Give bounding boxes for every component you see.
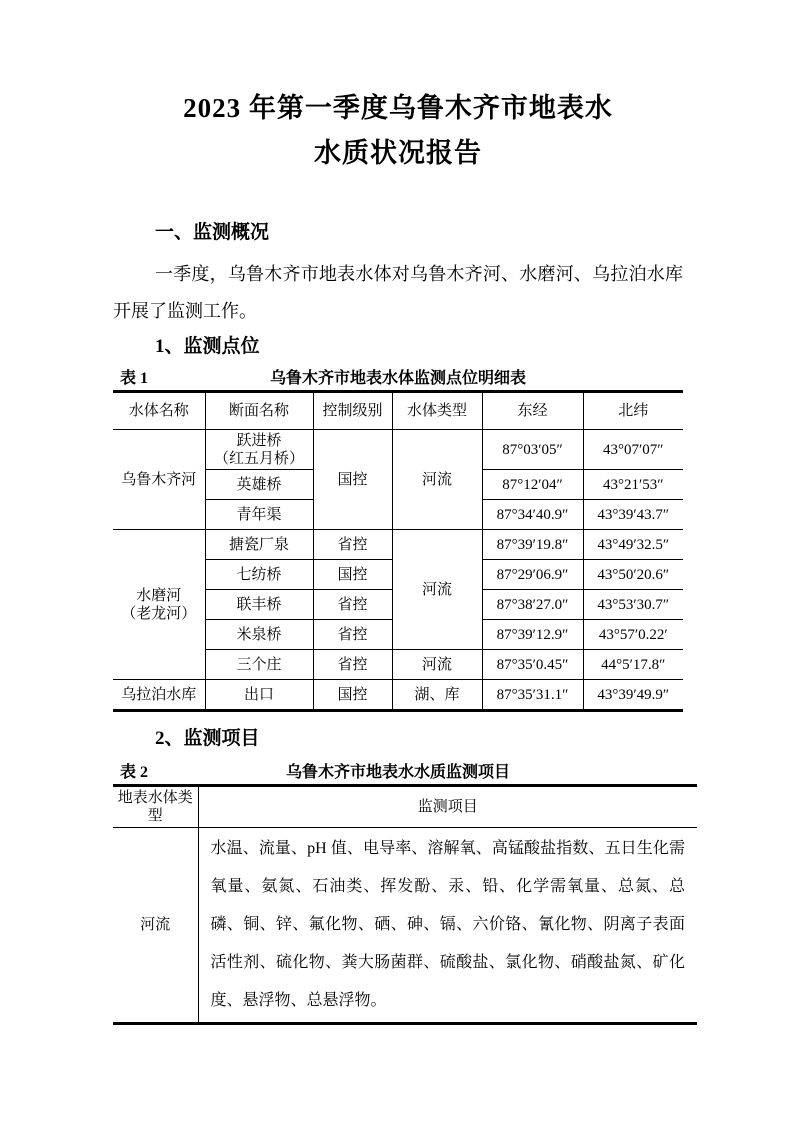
table2-caption-row: 表 2 乌鲁木齐市地表水水质监测项目 [113, 762, 683, 784]
cell-latitude: 43°50′20.6″ [583, 560, 683, 590]
cell-longitude: 87°03′05″ [482, 430, 583, 470]
table-header-row: 地表水体类型 监测项目 [113, 786, 697, 828]
cell-section-name: 跃进桥 （红五月桥） [205, 430, 313, 470]
cell-longitude: 87°35′0.45″ [482, 650, 583, 680]
column-header-surface-water-type: 地表水体类型 [113, 786, 198, 828]
cell-latitude: 43°07′07″ [583, 430, 683, 470]
cell-latitude: 43°53′30.7″ [583, 590, 683, 620]
table-row: 乌鲁木齐河 跃进桥 （红五月桥） 国控 河流 87°03′05″ 43°07′0… [113, 430, 683, 470]
table1-caption: 乌鲁木齐市地表水体监测点位明细表 [270, 370, 526, 387]
cell-control-level: 国控 [313, 680, 392, 711]
table-row: 河流 水温、流量、pH 值、电导率、溶解氧、高锰酸盐指数、五日生化需氧量、氨氮、… [113, 828, 697, 1024]
cell-section-name: 三个庄 [205, 650, 313, 680]
cell-water-type: 河流 [113, 828, 198, 1024]
cell-section-name: 搪瓷厂泉 [205, 530, 313, 560]
cell-monitoring-items: 水温、流量、pH 值、电导率、溶解氧、高锰酸盐指数、五日生化需氧量、氨氮、石油类… [198, 828, 697, 1024]
cell-longitude: 87°38′27.0″ [482, 590, 583, 620]
subsection-heading-points: 1、监测点位 [155, 334, 683, 360]
table2-caption: 乌鲁木齐市地表水水质监测项目 [286, 764, 510, 781]
cell-control-level: 国控 [313, 560, 392, 590]
overview-paragraph: 一季度，乌鲁木齐市地表水体对乌鲁木齐河、水磨河、乌拉泊水库开展了监测工作。 [113, 256, 683, 330]
cell-water-type: 湖、库 [392, 680, 482, 711]
page-title-line2: 水质状况报告 [113, 131, 683, 176]
cell-latitude: 44°5′17.8″ [583, 650, 683, 680]
cell-control-level: 省控 [313, 650, 392, 680]
cell-control-level: 国控 [313, 430, 392, 530]
cell-latitude: 43°21′53″ [583, 470, 683, 500]
cell-section-name: 七纺桥 [205, 560, 313, 590]
column-header-latitude: 北纬 [583, 392, 683, 430]
page-title-line1: 2023 年第一季度乌鲁木齐市地表水 [113, 86, 683, 131]
cell-control-level: 省控 [313, 590, 392, 620]
column-header-monitoring-items: 监测项目 [198, 786, 697, 828]
table-row: 水磨河 （老龙河） 搪瓷厂泉 省控 河流 87°39′19.8″ 43°49′3… [113, 530, 683, 560]
cell-longitude: 87°39′12.9″ [482, 620, 583, 650]
cell-latitude: 43°49′32.5″ [583, 530, 683, 560]
subsection-heading-items: 2、监测项目 [155, 726, 683, 752]
page-title: 2023 年第一季度乌鲁木齐市地表水 水质状况报告 [113, 86, 683, 176]
cell-longitude: 87°34′40.9″ [482, 500, 583, 530]
cell-water-type: 河流 [392, 430, 482, 530]
cell-water-type: 河流 [392, 530, 482, 650]
cell-section-name: 米泉桥 [205, 620, 313, 650]
document-page: 2023 年第一季度乌鲁木齐市地表水 水质状况报告 一、监测概况 一季度，乌鲁木… [113, 86, 683, 1025]
table1-caption-row: 表 1 乌鲁木齐市地表水体监测点位明细表 [113, 368, 683, 390]
cell-latitude: 43°57′0.22′ [583, 620, 683, 650]
cell-water-type: 河流 [392, 650, 482, 680]
cell-water-body: 水磨河 （老龙河） [113, 530, 205, 680]
cell-water-body: 乌鲁木齐河 [113, 430, 205, 530]
cell-latitude: 43°39′49.9″ [583, 680, 683, 711]
table2-label: 表 2 [120, 762, 148, 784]
cell-section-name: 联丰桥 [205, 590, 313, 620]
section-heading-overview: 一、监测概况 [155, 220, 683, 246]
cell-section-name: 出口 [205, 680, 313, 711]
cell-control-level: 省控 [313, 530, 392, 560]
column-header-section-name: 断面名称 [205, 392, 313, 430]
table-header-row: 水体名称 断面名称 控制级别 水体类型 东经 北纬 [113, 392, 683, 430]
column-header-longitude: 东经 [482, 392, 583, 430]
cell-longitude: 87°29′06.9″ [482, 560, 583, 590]
cell-section-name: 英雄桥 [205, 470, 313, 500]
column-header-control-level: 控制级别 [313, 392, 392, 430]
cell-longitude: 87°39′19.8″ [482, 530, 583, 560]
monitoring-items-table: 地表水体类型 监测项目 河流 水温、流量、pH 值、电导率、溶解氧、高锰酸盐指数… [113, 784, 697, 1025]
cell-longitude: 87°12′04″ [482, 470, 583, 500]
table1-label: 表 1 [120, 368, 148, 390]
cell-section-name: 青年渠 [205, 500, 313, 530]
monitoring-points-table: 水体名称 断面名称 控制级别 水体类型 东经 北纬 乌鲁木齐河 跃进桥 （红五月… [113, 390, 683, 712]
cell-latitude: 43°39′43.7″ [583, 500, 683, 530]
column-header-water-type: 水体类型 [392, 392, 482, 430]
cell-control-level: 省控 [313, 620, 392, 650]
table-row: 乌拉泊水库 出口 国控 湖、库 87°35′31.1″ 43°39′49.9″ [113, 680, 683, 711]
cell-longitude: 87°35′31.1″ [482, 680, 583, 711]
cell-water-body: 乌拉泊水库 [113, 680, 205, 711]
column-header-water-body: 水体名称 [113, 392, 205, 430]
